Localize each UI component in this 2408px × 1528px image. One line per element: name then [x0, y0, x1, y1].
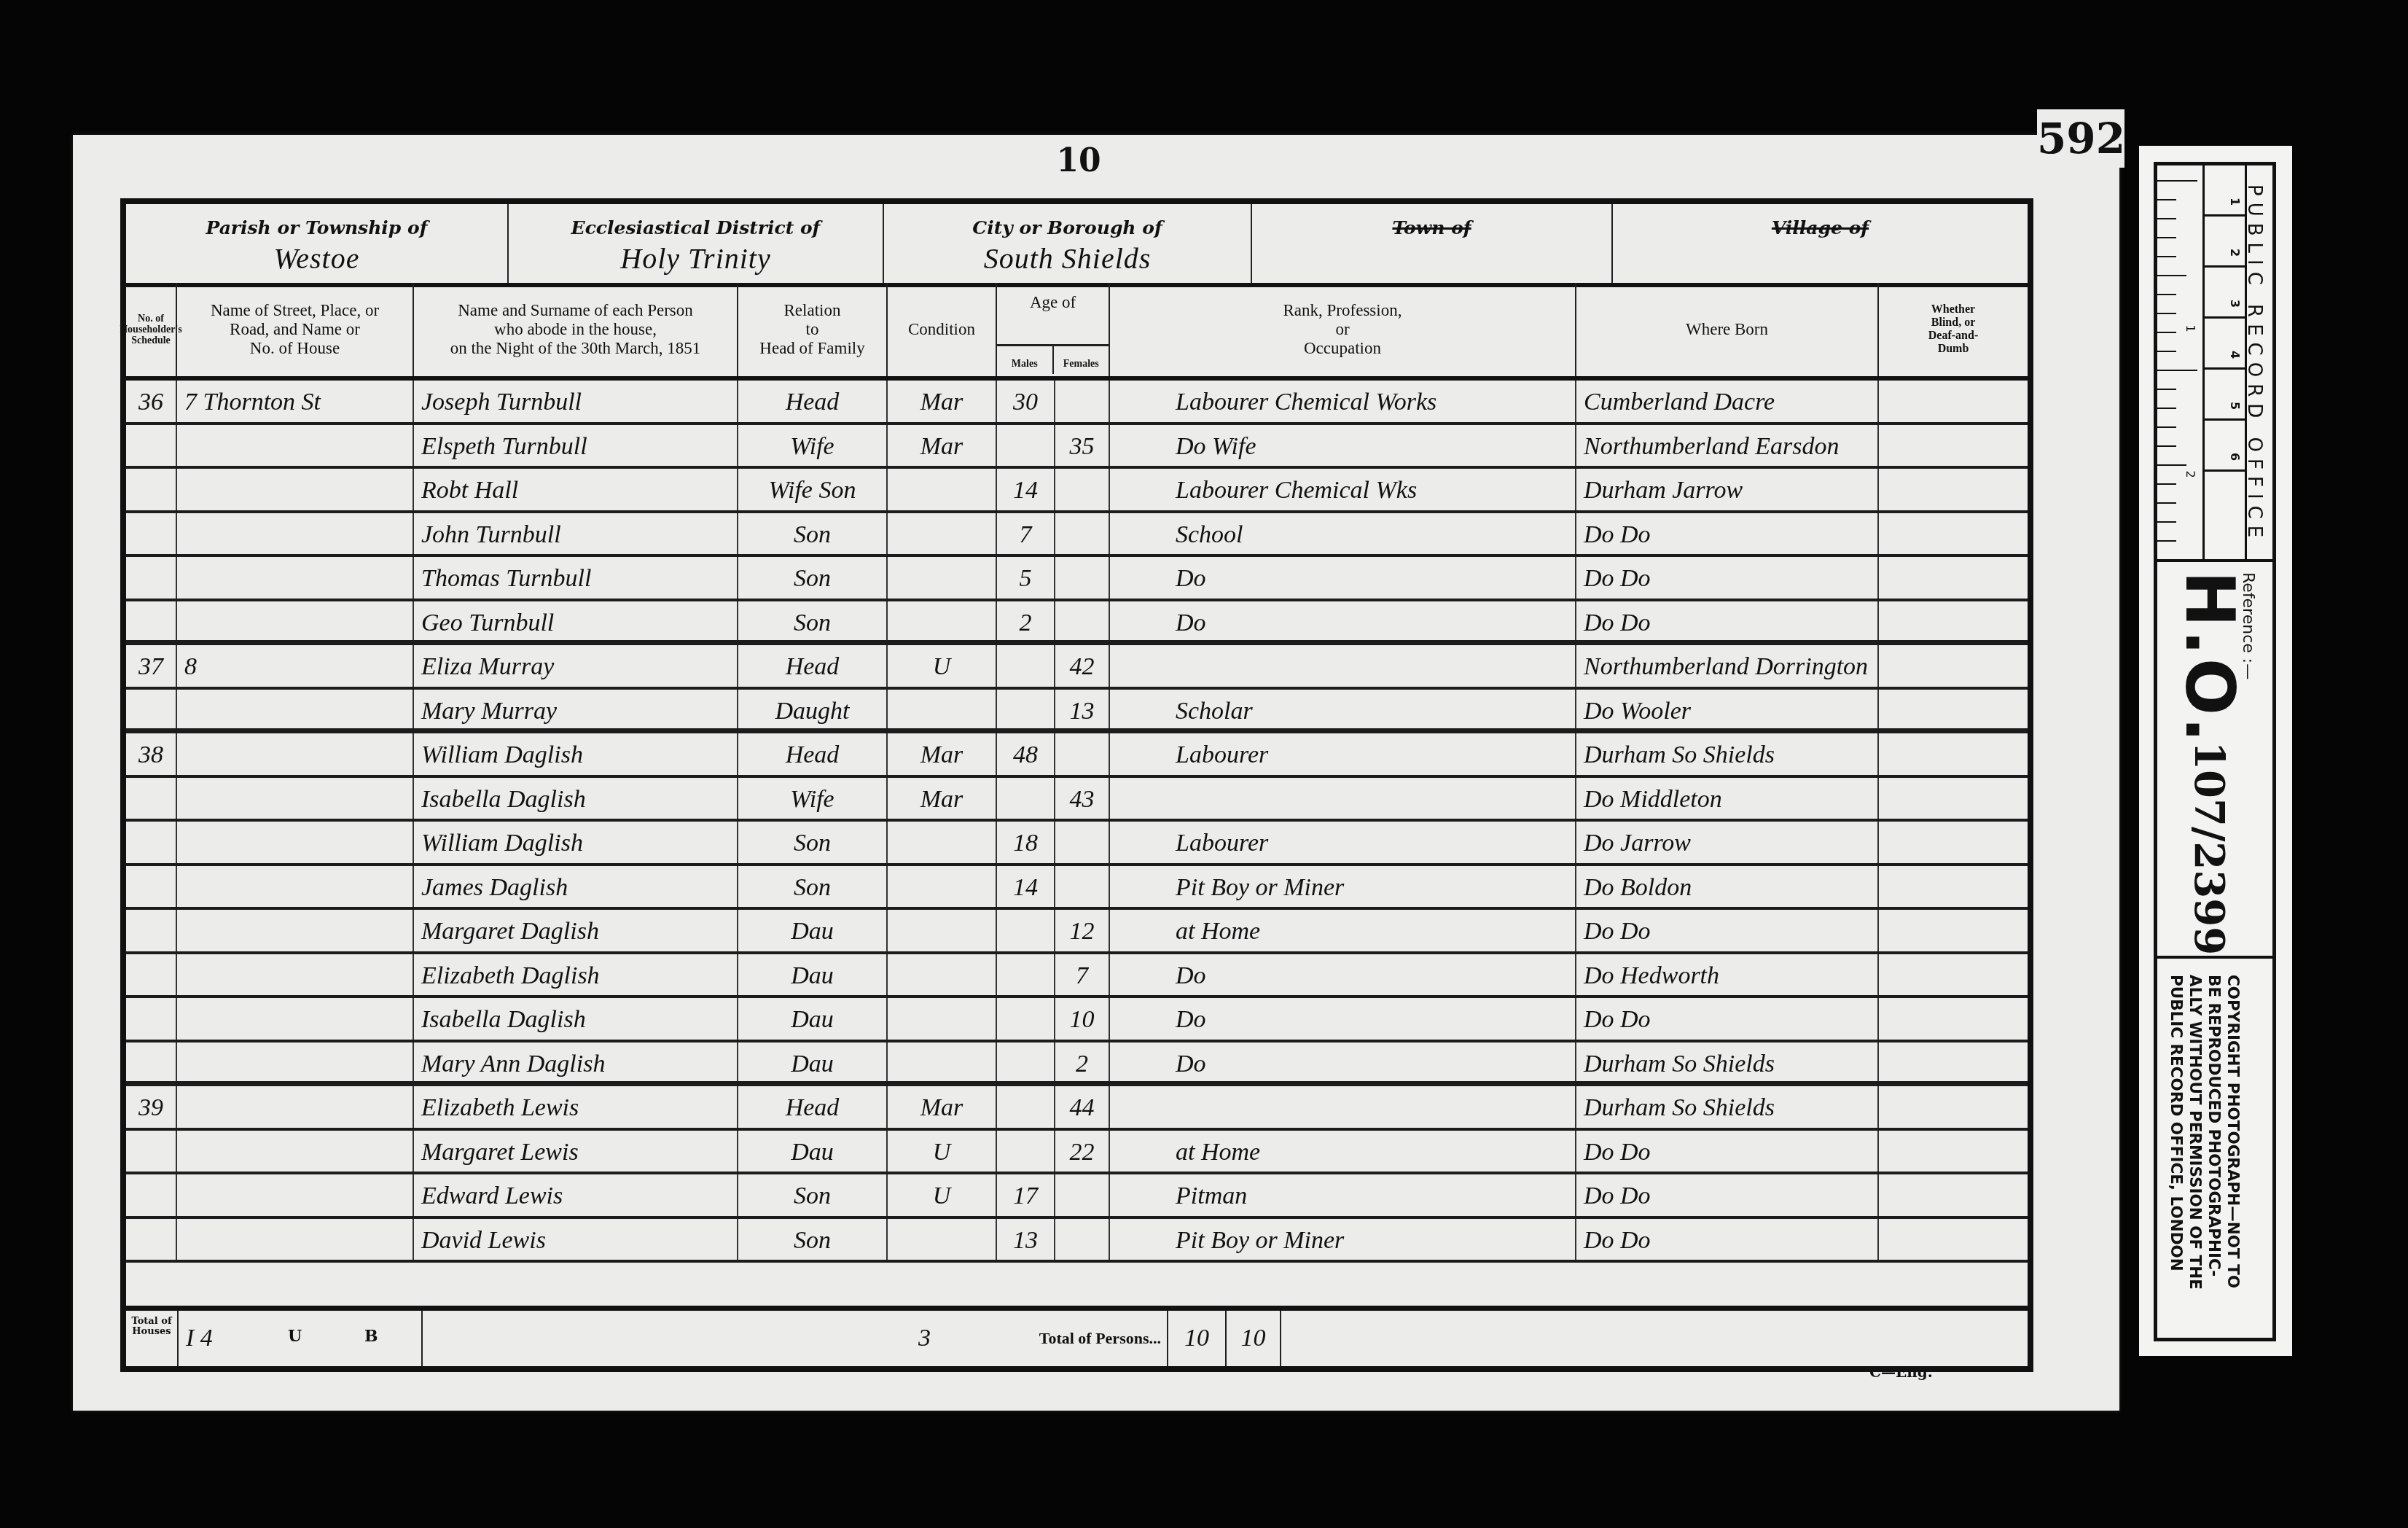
table-row: Elizabeth DaglishDau7DoDo Hedworth: [126, 954, 2028, 999]
cm-mark: 3: [2202, 268, 2245, 319]
location-field-label: City or Borough of: [884, 217, 1251, 238]
cm-label: 3: [2228, 300, 2242, 308]
cell-schedule: 37: [126, 645, 177, 689]
cell-born: Durham So Shields: [1576, 1042, 1879, 1086]
cell-name: Thomas Turnbull: [414, 557, 738, 601]
persons-total-label: Total of Persons...: [877, 1311, 1168, 1366]
ruler-tick: [2157, 502, 2176, 504]
cell-age_m: 14: [997, 866, 1055, 910]
cell-blind: [1879, 954, 2028, 998]
reference-box: Reference :— H.O. 107/2399: [2157, 559, 2272, 959]
cell-age_f: 42: [1055, 645, 1110, 689]
cell-relation: Wife: [738, 425, 888, 469]
cell-street: [177, 1174, 414, 1218]
cm-mark: 4: [2202, 319, 2245, 370]
cell-street: [177, 1086, 414, 1130]
cell-born: Do Do: [1576, 513, 1879, 557]
cell-age_m: 30: [997, 381, 1055, 424]
cell-street: [177, 469, 414, 512]
ruler-tick: [2157, 199, 2176, 200]
table-row: 367 Thornton StJoseph TurnbullHeadMar30L…: [126, 381, 2028, 425]
cell-age_m: [997, 1131, 1055, 1174]
cell-age_m: [997, 1042, 1055, 1086]
cell-name: Margaret Lewis: [414, 1131, 738, 1174]
cell-name: Geo Turnbull: [414, 601, 738, 645]
folio-number: 592: [2037, 109, 2124, 168]
location-header: Parish or Township of WestoeEcclesiastic…: [126, 204, 2028, 287]
cell-born: Durham So Shields: [1576, 1086, 1879, 1130]
cell-age_m: [997, 910, 1055, 954]
inch-label: 1: [2184, 324, 2197, 332]
cell-street: [177, 601, 414, 645]
cell-occupation: Labourer: [1110, 822, 1576, 865]
cell-street: [177, 1042, 414, 1086]
cell-age_f: [1055, 1174, 1110, 1218]
cell-occupation: [1110, 645, 1576, 689]
cell-age_m: 7: [997, 513, 1055, 557]
cell-schedule: 39: [126, 1086, 177, 1130]
archive-reference-tag: 12 123456 PUBLIC RECORD OFFICE Reference…: [2139, 146, 2292, 1356]
cell-condition: Mar: [888, 778, 997, 822]
cell-schedule: [126, 1131, 177, 1174]
cell-blind: [1879, 645, 2028, 689]
cell-relation: Son: [738, 1174, 888, 1218]
cell-relation: Son: [738, 557, 888, 601]
cell-street: [177, 822, 414, 865]
cell-schedule: 38: [126, 733, 177, 777]
column-header-age: Age of MalesFemales: [997, 283, 1110, 376]
cell-name: John Turnbull: [414, 513, 738, 557]
cell-age_m: 14: [997, 469, 1055, 512]
location-field-label: Parish or Township of: [126, 217, 507, 238]
cell-name: William Daglish: [414, 822, 738, 865]
cm-label: 1: [2228, 198, 2242, 206]
cell-schedule: [126, 557, 177, 601]
cell-name: David Lewis: [414, 1219, 738, 1263]
cell-street: [177, 733, 414, 777]
cell-born: Northumberland Earsdon: [1576, 425, 1879, 469]
cell-blind: [1879, 690, 2028, 733]
table-row: Margaret DaglishDau12at HomeDo Do: [126, 910, 2028, 954]
cell-condition: [888, 1219, 997, 1263]
copyright-notice: COPYRIGHT PHOTOGRAPH—NOT TO BE REPRODUCE…: [2166, 975, 2242, 1290]
cell-schedule: [126, 954, 177, 998]
cell-relation: Head: [738, 733, 888, 777]
cm-ruler: 123456: [2202, 165, 2247, 559]
census-table: Parish or Township of WestoeEcclesiastic…: [120, 198, 2033, 1372]
cell-schedule: [126, 1042, 177, 1086]
location-field-label: Ecclesiastical District of: [509, 217, 883, 238]
cell-occupation: Do: [1110, 954, 1576, 998]
household-rows: 367 Thornton StJoseph TurnbullHeadMar30L…: [126, 381, 2028, 1263]
cell-age_f: [1055, 469, 1110, 512]
cell-schedule: [126, 601, 177, 645]
females-header: Females: [1052, 346, 1109, 374]
cell-name: Elizabeth Lewis: [414, 1086, 738, 1130]
males-header: Males: [997, 346, 1052, 374]
cell-occupation: Do: [1110, 1042, 1576, 1086]
cell-name: Edward Lewis: [414, 1174, 738, 1218]
cell-blind: [1879, 1219, 2028, 1263]
ruler-tick: [2157, 483, 2176, 485]
reference-series: H.O.: [2170, 571, 2248, 745]
cm-mark: 2: [2202, 217, 2245, 268]
cell-name: Margaret Daglish: [414, 910, 738, 954]
page-number: 10: [1035, 142, 1122, 179]
location-field: Parish or Township of Westoe: [126, 204, 509, 283]
cell-born: Do Wooler: [1576, 690, 1879, 733]
males-total: 10: [1168, 1311, 1227, 1366]
cell-occupation: Do: [1110, 557, 1576, 601]
cell-age_m: [997, 425, 1055, 469]
houses-total-label: Total of Houses: [126, 1311, 179, 1366]
cm-label: 5: [2228, 402, 2242, 410]
cell-relation: Wife: [738, 778, 888, 822]
column-header-born: Where Born: [1576, 283, 1879, 376]
cell-age_f: [1055, 822, 1110, 865]
cell-age_f: 12: [1055, 910, 1110, 954]
cell-born: Northumberland Dorrington: [1576, 645, 1879, 689]
cell-street: [177, 513, 414, 557]
cell-name: James Daglish: [414, 866, 738, 910]
cell-age_f: 43: [1055, 778, 1110, 822]
cell-age_f: [1055, 381, 1110, 424]
location-field: Village of: [1613, 204, 2028, 283]
cell-street: [177, 1131, 414, 1174]
cell-relation: Daught: [738, 690, 888, 733]
cell-relation: Son: [738, 822, 888, 865]
cm-label: 2: [2228, 249, 2242, 257]
cell-condition: Mar: [888, 381, 997, 424]
cell-name: Elspeth Turnbull: [414, 425, 738, 469]
cell-born: Do Boldon: [1576, 866, 1879, 910]
location-field-label: Town of: [1252, 217, 1611, 238]
cell-blind: [1879, 866, 2028, 910]
ruler-tick: [2157, 332, 2176, 333]
cell-relation: Dau: [738, 954, 888, 998]
ruler-tick: [2157, 540, 2176, 542]
ruler-tick: [2157, 464, 2186, 466]
table-row: David LewisSon13Pit Boy or MinerDo Do: [126, 1219, 2028, 1263]
table-row: Geo TurnbullSon2DoDo Do: [126, 601, 2028, 646]
inhabited-count: I 4: [186, 1311, 213, 1366]
table-row: William DaglishSon18LabourerDo Jarrow: [126, 822, 2028, 866]
cell-name: Mary Murray: [414, 690, 738, 733]
cell-relation: Dau: [738, 998, 888, 1042]
table-row: Mary MurrayDaught13ScholarDo Wooler: [126, 690, 2028, 734]
cell-born: Do Jarrow: [1576, 822, 1879, 865]
cell-age_f: 2: [1055, 1042, 1110, 1086]
cell-street: [177, 866, 414, 910]
cell-schedule: [126, 778, 177, 822]
cell-born: Do Do: [1576, 910, 1879, 954]
cell-blind: [1879, 601, 2028, 645]
cell-age_m: 13: [997, 1219, 1055, 1263]
cell-age_m: [997, 690, 1055, 733]
cell-occupation: Pit Boy or Miner: [1110, 866, 1576, 910]
cell-occupation: Pit Boy or Miner: [1110, 1219, 1576, 1263]
cell-schedule: [126, 513, 177, 557]
cell-condition: [888, 822, 997, 865]
cell-relation: Head: [738, 381, 888, 424]
cell-blind: [1879, 557, 2028, 601]
cell-born: Do Middleton: [1576, 778, 1879, 822]
cell-blind: [1879, 1042, 2028, 1086]
cell-born: Cumberland Dacre: [1576, 381, 1879, 424]
cell-schedule: [126, 1174, 177, 1218]
cell-born: Do Hedworth: [1576, 954, 1879, 998]
ruler-tick: [2157, 426, 2176, 428]
cm-label: 4: [2228, 351, 2242, 359]
ruler-tick: [2157, 351, 2176, 352]
cell-age_m: 5: [997, 557, 1055, 601]
cell-occupation: at Home: [1110, 1131, 1576, 1174]
ruler-tick: [2157, 237, 2176, 238]
cell-schedule: [126, 910, 177, 954]
cell-blind: [1879, 1086, 2028, 1130]
cell-street: 8: [177, 645, 414, 689]
cell-age_f: [1055, 557, 1110, 601]
cell-age_m: 18: [997, 822, 1055, 865]
table-row: James DaglishSon14Pit Boy or MinerDo Bol…: [126, 866, 2028, 911]
cell-occupation: Labourer: [1110, 733, 1576, 777]
cell-born: Durham Jarrow: [1576, 469, 1879, 512]
cell-condition: Mar: [888, 733, 997, 777]
ruler-tick: [2157, 370, 2197, 371]
cell-born: Do Do: [1576, 998, 1879, 1042]
office-name: PUBLIC RECORD OFFICE: [2243, 184, 2265, 544]
location-field: Ecclesiastical District of Holy Trinity: [509, 204, 884, 283]
cell-relation: Dau: [738, 1042, 888, 1086]
cell-age_m: [997, 954, 1055, 998]
cell-occupation: Pitman: [1110, 1174, 1576, 1218]
cell-condition: [888, 690, 997, 733]
cell-occupation: Labourer Chemical Wks: [1110, 469, 1576, 512]
table-row: Thomas TurnbullSon5DoDo Do: [126, 557, 2028, 601]
uninhabited-label: U: [288, 1325, 302, 1341]
location-field: Town of: [1252, 204, 1613, 283]
ruler-tick: [2157, 408, 2176, 409]
cell-blind: [1879, 822, 2028, 865]
cell-occupation: Do Wife: [1110, 425, 1576, 469]
cell-blind: [1879, 425, 2028, 469]
cell-born: Do Do: [1576, 601, 1879, 645]
table-row: Robt HallWife Son14Labourer Chemical Wks…: [126, 469, 2028, 513]
cell-age_f: [1055, 601, 1110, 645]
cell-occupation: [1110, 1086, 1576, 1130]
cell-street: [177, 557, 414, 601]
cell-condition: [888, 954, 997, 998]
cell-condition: [888, 557, 997, 601]
cell-name: Isabella Daglish: [414, 778, 738, 822]
cell-occupation: [1110, 778, 1576, 822]
cell-age_f: [1055, 733, 1110, 777]
scale-ruler: 12 123456 PUBLIC RECORD OFFICE: [2157, 165, 2272, 562]
cell-age_f: [1055, 513, 1110, 557]
cell-blind: [1879, 513, 2028, 557]
column-header-name: Name and Surname of each Person who abod…: [414, 283, 738, 376]
table-row: Margaret LewisDauU22at HomeDo Do: [126, 1131, 2028, 1175]
cell-street: [177, 1219, 414, 1263]
table-row: Edward LewisSonU17PitmanDo Do: [126, 1174, 2028, 1219]
cell-age_m: 17: [997, 1174, 1055, 1218]
cm-mark: 5: [2202, 370, 2245, 421]
cell-condition: [888, 910, 997, 954]
table-row: 38William DaglishHeadMar48LabourerDurham…: [126, 733, 2028, 778]
column-header-blind: Whether Blind, or Deaf-and- Dumb: [1879, 283, 2028, 376]
cell-relation: Dau: [738, 910, 888, 954]
cell-blind: [1879, 778, 2028, 822]
cell-relation: Son: [738, 866, 888, 910]
column-header-condition: Condition: [888, 283, 997, 376]
column-header-street: Name of Street, Place, or Road, and Name…: [177, 283, 414, 376]
cell-age_f: 22: [1055, 1131, 1110, 1174]
cell-name: Isabella Daglish: [414, 998, 738, 1042]
cell-occupation: Scholar: [1110, 690, 1576, 733]
location-field: City or Borough of South Shields: [884, 204, 1252, 283]
table-row: Mary Ann DaglishDau2DoDurham So Shields: [126, 1042, 2028, 1087]
cell-age_f: 35: [1055, 425, 1110, 469]
cell-age_f: 44: [1055, 1086, 1110, 1130]
cell-age_m: 2: [997, 601, 1055, 645]
location-field-value: Westoe: [126, 241, 507, 276]
females-total: 10: [1227, 1311, 1281, 1366]
cm-label: 6: [2228, 453, 2242, 461]
cell-blind: [1879, 910, 2028, 954]
cell-condition: Mar: [888, 1086, 997, 1130]
cell-condition: [888, 513, 997, 557]
table-row: 378Eliza MurrayHeadU42Northumberland Dor…: [126, 645, 2028, 690]
cell-born: Do Do: [1576, 1174, 1879, 1218]
cell-schedule: [126, 425, 177, 469]
cell-relation: Head: [738, 645, 888, 689]
cell-relation: Wife Son: [738, 469, 888, 512]
cell-age_m: [997, 645, 1055, 689]
cell-street: [177, 910, 414, 954]
cell-street: [177, 954, 414, 998]
ruler-tick: [2157, 180, 2197, 182]
cell-condition: U: [888, 1131, 997, 1174]
cell-occupation: Do: [1110, 998, 1576, 1042]
cell-occupation: Labourer Chemical Works: [1110, 381, 1576, 424]
cell-age_f: [1055, 1219, 1110, 1263]
cm-mark: 1: [2202, 165, 2245, 217]
cell-age_f: 13: [1055, 690, 1110, 733]
cell-schedule: [126, 866, 177, 910]
cell-blind: [1879, 1174, 2028, 1218]
ruler-tick: [2157, 218, 2176, 219]
cell-occupation: at Home: [1110, 910, 1576, 954]
table-row: Elspeth TurnbullWifeMar35Do WifeNorthumb…: [126, 425, 2028, 469]
cell-occupation: Do: [1110, 601, 1576, 645]
cell-name: Robt Hall: [414, 469, 738, 512]
cell-born: Do Do: [1576, 557, 1879, 601]
cell-condition: Mar: [888, 425, 997, 469]
cell-schedule: [126, 822, 177, 865]
cell-blind: [1879, 733, 2028, 777]
table-row: 39Elizabeth LewisHeadMar44Durham So Shie…: [126, 1086, 2028, 1131]
age-header-label: Age of: [997, 293, 1109, 312]
cell-name: Elizabeth Daglish: [414, 954, 738, 998]
cell-age_f: 10: [1055, 998, 1110, 1042]
column-header-relation: Relation to Head of Family: [738, 283, 888, 376]
cell-condition: [888, 601, 997, 645]
cell-street: [177, 778, 414, 822]
cell-condition: [888, 1042, 997, 1086]
cell-relation: Son: [738, 513, 888, 557]
cell-relation: Son: [738, 601, 888, 645]
cell-street: [177, 425, 414, 469]
cell-condition: U: [888, 1174, 997, 1218]
table-row: John TurnbullSon7SchoolDo Do: [126, 513, 2028, 558]
location-field-label: Village of: [1613, 217, 2028, 238]
cell-condition: [888, 866, 997, 910]
location-field-value: Holy Trinity: [509, 241, 883, 276]
form-mark: C—Eng.: [1869, 1363, 1933, 1381]
table-row: Isabella DaglishWifeMar43Do Middleton: [126, 778, 2028, 822]
cell-blind: [1879, 1131, 2028, 1174]
cell-condition: [888, 998, 997, 1042]
cell-occupation: School: [1110, 513, 1576, 557]
cell-name: William Daglish: [414, 733, 738, 777]
location-field-value: South Shields: [884, 241, 1251, 276]
cell-blind: [1879, 381, 2028, 424]
cell-blind: [1879, 469, 2028, 512]
cell-born: Do Do: [1576, 1131, 1879, 1174]
cell-street: [177, 690, 414, 733]
totals-row: Total of Houses I 4 U B 3 Total of Perso…: [126, 1306, 2028, 1366]
cell-blind: [1879, 998, 2028, 1042]
cell-street: 7 Thornton St: [177, 381, 414, 424]
cell-schedule: [126, 690, 177, 733]
ruler-tick: [2157, 275, 2186, 276]
cell-name: Eliza Murray: [414, 645, 738, 689]
table-row: Isabella DaglishDau10DoDo Do: [126, 998, 2028, 1042]
column-header-occupation: Rank, Profession, or Occupation: [1110, 283, 1576, 376]
cell-age_m: [997, 778, 1055, 822]
cell-relation: Head: [738, 1086, 888, 1130]
cell-relation: Son: [738, 1219, 888, 1263]
cell-born: Durham So Shields: [1576, 733, 1879, 777]
ruler-tick: [2157, 294, 2176, 295]
cell-age_f: [1055, 866, 1110, 910]
houses-total-values: I 4 U B: [179, 1311, 423, 1366]
cell-name: Mary Ann Daglish: [414, 1042, 738, 1086]
ruler-tick: [2157, 445, 2176, 447]
cell-street: [177, 998, 414, 1042]
cell-condition: [888, 469, 997, 512]
cell-age_m: [997, 998, 1055, 1042]
column-headers: No. of Householder's ScheduleName of Str…: [126, 283, 2028, 381]
cell-schedule: [126, 998, 177, 1042]
inch-ruler: 12: [2157, 165, 2205, 559]
building-label: B: [364, 1325, 378, 1341]
cell-schedule: [126, 1219, 177, 1263]
reference-piece: 107/2399: [2185, 741, 2233, 955]
cell-age_m: [997, 1086, 1055, 1130]
ruler-tick: [2157, 256, 2176, 257]
cell-relation: Dau: [738, 1131, 888, 1174]
cell-name: Joseph Turnbull: [414, 381, 738, 424]
column-header-schedule: No. of Householder's Schedule: [126, 283, 177, 376]
ruler-tick: [2157, 389, 2176, 390]
cell-condition: U: [888, 645, 997, 689]
ruler-tick: [2157, 313, 2176, 314]
cell-age_f: 7: [1055, 954, 1110, 998]
ruler-tick: [2157, 521, 2176, 523]
cm-mark: 6: [2202, 421, 2245, 472]
cell-schedule: [126, 469, 177, 512]
